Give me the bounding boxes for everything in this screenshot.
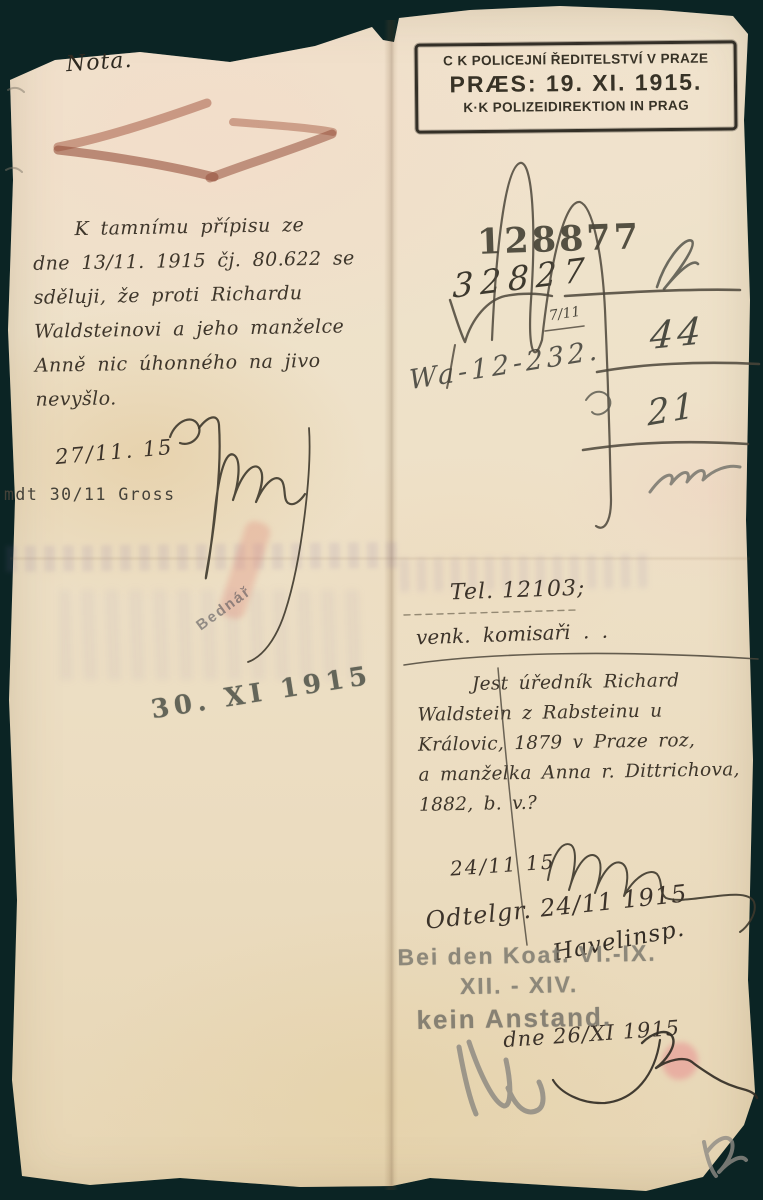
typed-registration-line: mdt 30/11 Gross — [4, 485, 176, 504]
police-stamp-date: PRÆS: 19. XI. 1915. — [418, 68, 734, 98]
nota-annotation: Nota. — [65, 48, 133, 78]
left-note-line: Anně nic úhonného na jivo — [35, 343, 357, 383]
left-note-paragraph: K tamnímu přípisu ze dne 13/11. 1915 čj.… — [32, 207, 357, 417]
police-receipt-stamp: C K POLICEJNÍ ŘEDITELSTVÍ V PRAZE PRÆS: … — [415, 40, 738, 133]
right-note-line: 1882, b. v.? — [419, 785, 741, 821]
tel-line: Tel. 12103; — [450, 576, 586, 606]
left-note-line: nevyšlo. — [35, 377, 357, 417]
koat-stamp-line2: XII. - XIV. — [460, 970, 658, 1000]
fold-crease — [384, 20, 398, 1190]
scanned-document: Nota. C K POLICEJNÍ ŘEDITELSTVÍ V PRAZE … — [0, 0, 763, 1200]
margin-number-top: 44 — [649, 309, 707, 358]
police-stamp-line3: K·K POLIZEIDIREKTION IN PRAG — [418, 97, 734, 115]
left-note-line: K tamnímu přípisu ze — [32, 207, 354, 247]
police-stamp-line1: C K POLICEJNÍ ŘEDITELSTVÍ V PRAZE — [418, 50, 734, 68]
left-note-line: sděluji, že proti Richardu — [33, 275, 355, 315]
left-note-line: dne 13/11. 1915 čj. 80.622 se — [33, 241, 355, 281]
koat-stamp-line1: Bei den Koat. VI.-IX. — [397, 940, 657, 972]
right-note-line: a manželka Anna r. Dittrichova, — [418, 755, 740, 791]
right-note-paragraph: Jest úředník Richard Waldstein z Rabstei… — [417, 665, 741, 821]
left-note-line: Waldsteinovi a jeho manželce — [34, 309, 356, 349]
horizontal-crease — [10, 556, 750, 561]
